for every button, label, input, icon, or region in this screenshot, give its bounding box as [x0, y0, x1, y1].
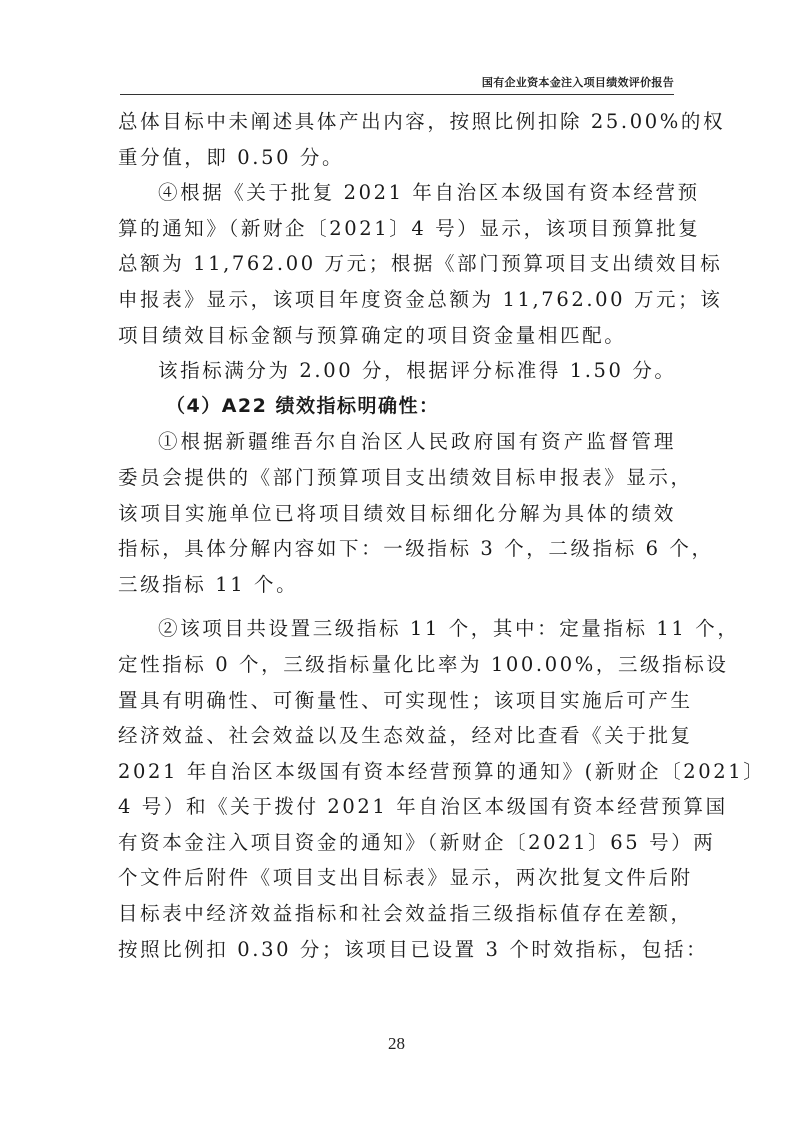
- score-statement: 该指标满分为 2.00 分，根据评分标准得 1.50 分。: [118, 353, 676, 389]
- page-number: 28: [0, 1034, 793, 1054]
- text-line: ④根据《关于批复 2021 年自治区本级国有资本经营预: [118, 175, 676, 211]
- text-line: 总体目标中未阐述具体产出内容，按照比例扣除 25.00%的权: [118, 104, 676, 140]
- report-title: 国有企业资本金注入项目绩效评价报告: [482, 74, 674, 90]
- text-line: ①根据新疆维吾尔自治区人民政府国有资产监督管理: [118, 424, 676, 460]
- paragraph-gap: [118, 602, 676, 611]
- section-heading-a22: （4）A22 绩效指标明确性：: [118, 389, 676, 425]
- text-line: 置具有明确性、可衡量性、可实现性；该项目实施后可产生: [118, 683, 676, 719]
- text-line: 该项目实施单位已将项目绩效目标细化分解为具体的绩效: [118, 496, 676, 532]
- text-line: 2021 年自治区本级国有资本经营预算的通知》(新财企〔2021〕: [118, 754, 676, 790]
- text-line: 项目绩效目标金额与预算确定的项目资金量相匹配。: [118, 318, 676, 354]
- text-line: 按照比例扣 0.30 分；该项目已设置 3 个时效指标，包括：: [118, 932, 676, 968]
- text-line: 4 号）和《关于拨付 2021 年自治区本级国有资本经营预算国: [118, 789, 676, 825]
- text-line: 三级指标 11 个。: [118, 567, 676, 603]
- document-body: 总体目标中未阐述具体产出内容，按照比例扣除 25.00%的权 重分值，即 0.5…: [118, 104, 676, 967]
- text-line: 个文件后附件《项目支出目标表》显示，两次批复文件后附: [118, 860, 676, 896]
- text-line: 有资本金注入项目资金的通知》（新财企〔2021〕65 号）两: [118, 825, 676, 861]
- text-line: 算的通知》（新财企〔2021〕4 号）显示，该项目预算批复: [118, 211, 676, 247]
- text-line: 目标表中经济效益指标和社会效益指三级指标值存在差额，: [118, 896, 676, 932]
- text-line: 指标，具体分解内容如下：一级指标 3 个，二级指标 6 个，: [118, 531, 676, 567]
- text-line: 重分值，即 0.50 分。: [118, 140, 676, 176]
- text-line: 申报表》显示，该项目年度资金总额为 11,762.00 万元；该: [118, 282, 676, 318]
- text-line: ②该项目共设置三级指标 11 个，其中：定量指标 11 个，: [118, 611, 676, 647]
- page-header: 国有企业资本金注入项目绩效评价报告: [120, 72, 674, 95]
- text-line: 定性指标 0 个，三级指标量化比率为 100.00%，三级指标设: [118, 647, 676, 683]
- text-line: 总额为 11,762.00 万元；根据《部门预算项目支出绩效目标: [118, 246, 676, 282]
- text-line: 经济效益、社会效益以及生态效益，经对比查看《关于批复: [118, 718, 676, 754]
- text-line: 委员会提供的《部门预算项目支出绩效目标申报表》显示，: [118, 460, 676, 496]
